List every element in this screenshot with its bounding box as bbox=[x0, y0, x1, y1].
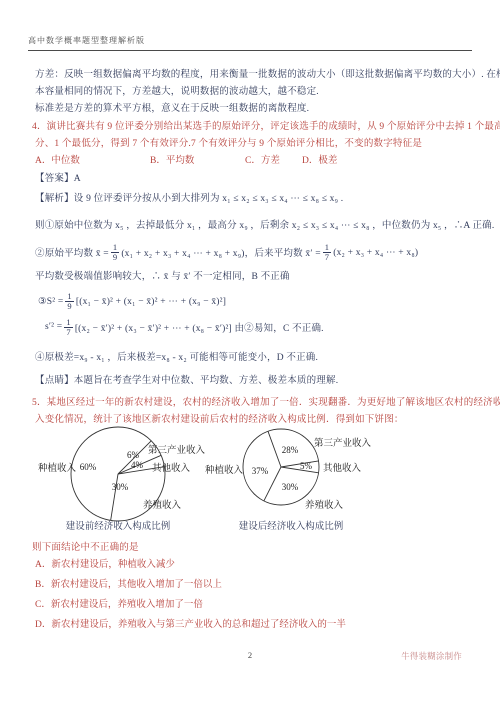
solution-mean-formula: ②原始平均数 x̄ = 19(x₁ + x₂ + x₃ + x₄ ⋯ + x₈ … bbox=[35, 240, 418, 264]
pie-before-caption: 建设前经济收入构成比例 bbox=[32, 518, 204, 532]
pie-percent-label: 4% bbox=[131, 460, 144, 470]
solution-variance-formula-1: ③S² = 19[(x₁ − x̄)² + (x₁ − x̄)² + ⋯ + (… bbox=[38, 289, 226, 313]
pie-chart-after-construction: 28%第三产业收入5%其他收入30%养殖收入37%种植收入 bbox=[190, 424, 440, 529]
question-5-stem-line-1: 5．某地区经过一年的新农村建设，农村的经济收入增加了一倍．实现翻番．为更好地了解… bbox=[32, 394, 500, 408]
pie-percent-label: 37% bbox=[252, 466, 269, 476]
q5-option-b: B．新农村建设后，其他收入增加了一倍以上 bbox=[35, 576, 222, 590]
q4-option-c: C．方差 bbox=[245, 152, 280, 166]
formula-text: [(x₁ − x̄)² + (x₁ − x̄)² + ⋯ + (x₉ − x̄)… bbox=[76, 296, 226, 307]
pie-category-label: 养殖收入 bbox=[305, 499, 344, 511]
intro-line-1: 方差：反映一组数据偏离平均数的程度，用来衡量一批数据的波动大小（即这批数据偏离平… bbox=[35, 66, 500, 80]
solution-line-7: ④原极差=x₉ - x₁ ，后来极差=x₈ - x₂ 可能相等可能变小，D 不正… bbox=[35, 349, 318, 363]
formula-text: (x₂ + x₃ + x₄ ⋯ + x₈) bbox=[333, 247, 418, 258]
formula-text: s′² = bbox=[45, 322, 62, 332]
document-page: 高中数学概率题型整理解析版 方差：反映一组数据偏离平均数的程度，用来衡量一批数据… bbox=[0, 0, 500, 707]
footer-credit: 牛得装糊涂制作 bbox=[401, 650, 462, 662]
question-4-stem-line-2: 分、1 个最低分，得到 7 个有效评分.7 个有效评分与 9 个原始评分相比，不… bbox=[35, 135, 422, 149]
solution-line-4: 平均数受极端值影响较大，∴ x̄ 与 x̄′ 不一定相同，B 不正确 bbox=[35, 268, 290, 282]
fraction-one-ninth: 19 bbox=[65, 292, 73, 311]
q5-prompt: 则下面结论中不正确的是 bbox=[32, 539, 139, 553]
q5-option-c: C．新农村建设后，养殖收入增加了一倍 bbox=[35, 596, 203, 610]
pie-category-label: 养殖收入 bbox=[143, 499, 182, 511]
formula-text: [(x₂ − x̄′)² + (x₃ − x̄′)² + ⋯ + (x₈ − x… bbox=[75, 320, 324, 334]
q4-answer: 【答案】A bbox=[35, 170, 81, 184]
pie-after-caption: 建设后经济收入构成比例 bbox=[206, 518, 376, 532]
fraction-one-ninth: 19 bbox=[111, 243, 119, 262]
pie-category-label: 种植收入 bbox=[38, 462, 77, 474]
header-rule bbox=[28, 50, 472, 51]
pie-category-label: 种植收入 bbox=[205, 464, 244, 476]
pie-percent-label: 60% bbox=[80, 462, 97, 472]
q5-option-a: A．新农村建设后，种植收入减少 bbox=[35, 556, 175, 570]
fraction-one-seventh: 17 bbox=[64, 318, 72, 337]
pie-percent-label: 28% bbox=[282, 445, 299, 455]
solution-note: 【点睛】本题旨在考查学生对中位数、平均数、方差、极差本质的理解. bbox=[35, 372, 338, 386]
intro-line-2: 本容量相同的情况下，方差越大，说明数据的波动越大，越不稳定. bbox=[35, 83, 319, 97]
q4-option-a: A．中位数 bbox=[35, 152, 80, 166]
solution-variance-formula-2: s′² = 17[(x₂ − x̄′)² + (x₃ − x̄′)² + ⋯ +… bbox=[45, 315, 324, 339]
formula-text: ③S² = bbox=[38, 296, 63, 307]
intro-line-3: 标准差是方差的算术平方根，意义在于反映一组数据的离散程度. bbox=[35, 100, 309, 114]
solution-line-2: 则①原始中位数为 x₅ ，去掉最低分 x₁ ，最高分 x₉ ，后剩余 x₂ ≤ … bbox=[35, 217, 495, 231]
page-header-title: 高中数学概率题型整理解析版 bbox=[28, 35, 145, 46]
pie-percent-label: 6% bbox=[127, 450, 140, 460]
q5-option-d: D．新农村建设后，养殖收入与第三产业收入的总和超过了经济收入的一半 bbox=[35, 616, 346, 630]
q4-option-d: D．极差 bbox=[302, 152, 337, 166]
pie-percent-label: 30% bbox=[112, 482, 129, 492]
pie-category-label: 其他收入 bbox=[323, 462, 362, 474]
fraction-one-seventh: 17 bbox=[323, 243, 331, 262]
question-4-stem-line-1: 4．演讲比赛共有 9 位评委分别给出某选手的原始评分，评定该选手的成绩时，从 9… bbox=[32, 118, 500, 132]
pie-category-label: 第三产业收入 bbox=[314, 437, 372, 449]
question-5-stem-line-2: 入变化情况，统计了该地区新农村建设前后农村的经济收入构成比例．得到如下饼图： bbox=[35, 411, 404, 425]
pie-percent-label: 30% bbox=[282, 482, 299, 492]
formula-text: (x₁ + x₂ + x₃ + x₄ ⋯ + x₈ + x₉)，后来平均数 x̄… bbox=[121, 245, 320, 259]
pie-percent-label: 5% bbox=[300, 461, 313, 471]
formula-text: ②原始平均数 x̄ = bbox=[35, 245, 109, 259]
q4-option-b: B．平均数 bbox=[150, 152, 194, 166]
solution-line-1: 【解析】设 9 位评委评分按从小到大排列为 x₁ ≤ x₂ ≤ x₃ ≤ x₄ … bbox=[35, 190, 343, 204]
